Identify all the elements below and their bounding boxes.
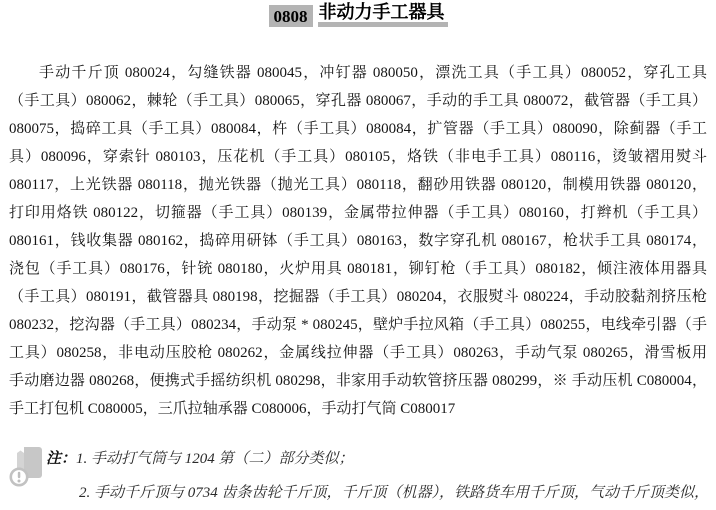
note-label: 注： [46,451,76,467]
paragraph-line: 080161，钱收集器 080162，捣碎用研钵（手工具）080163，数字穿孔… [9,227,707,255]
section-code-badge: 0808 [269,5,313,27]
note-item: 注：1. 手动打气筒与 1204 第（二）部分类似； [46,449,716,469]
paragraph-line: （手工具）080062，棘轮（手工具）080065，穿孔器 080067，手动的… [9,87,707,115]
note-item: 2. 手动千斤顶与 0734 齿条齿轮千斤顶，千斤顶（机器），铁路货车用千斤顶，… [46,483,716,503]
paragraph-line: （手工具）080191，截管器具 080198，挖掘器（手工具）080204，衣… [9,283,707,311]
note-item-text: 2. 手动千斤顶与 0734 齿条齿轮千斤顶，千斤顶（机器），铁路货车用千斤顶，… [79,485,709,501]
section-title: 非动力手工器具 [318,4,448,27]
paragraph-line: 浇包（手工具）080176，针铳 080180，火炉用具 080181，铆钉枪（… [9,255,707,283]
document-page: 0808 非动力手工器具 手动千斤顶 080024，勾缝铁器 080045，冲钉… [0,0,716,510]
paragraph-line: 工具）080258，非电动压胶枪 080262，金属线拉伸器（手工具）08026… [9,339,707,367]
paragraph-line: 080232，挖沟器（手工具）080234，手动泵 * 080245，壁炉手拉风… [9,311,707,339]
paragraph-line: 080075，捣碎工具（手工具）080084，杵（手工具）080084，扩管器（… [9,115,707,143]
paragraph-line: 手动千斤顶 080024，勾缝铁器 080045，冲钉器 080050，漂洗工具… [9,59,707,87]
paragraph-line: 080117，上光铁器 080118，抛光铁器（抛光工具）080118，翻砂用铁… [9,171,707,199]
paragraph-line: 具）080096，穿索针 080103，压花机（手工具）080105，烙铁（非电… [9,143,707,171]
section-header: 0808 非动力手工器具 [0,4,716,27]
items-paragraph: 手动千斤顶 080024，勾缝铁器 080045，冲钉器 080050，漂洗工具… [0,59,716,423]
note-item-text: 1. 手动打气筒与 1204 第（二）部分类似； [76,451,354,467]
paragraph-line: 打印用烙铁 080122，切箍器（手工具）080139，金属带拉伸器（手工具）0… [9,199,707,227]
note-book-alert-icon [8,446,44,488]
notes-section: 注：1. 手动打气筒与 1204 第（二）部分类似； 2. 手动千斤顶与 073… [0,440,716,503]
paragraph-line: 手工打包机 C080005，三爪拉轴承器 C080006，手动打气筒 C0800… [9,395,707,423]
paragraph-line: 手动磨边器 080268，便携式手摇纺织机 080298，非家用手动软管挤压器 … [9,367,707,395]
notes-text: 注：1. 手动打气筒与 1204 第（二）部分类似； 2. 手动千斤顶与 073… [46,449,716,503]
